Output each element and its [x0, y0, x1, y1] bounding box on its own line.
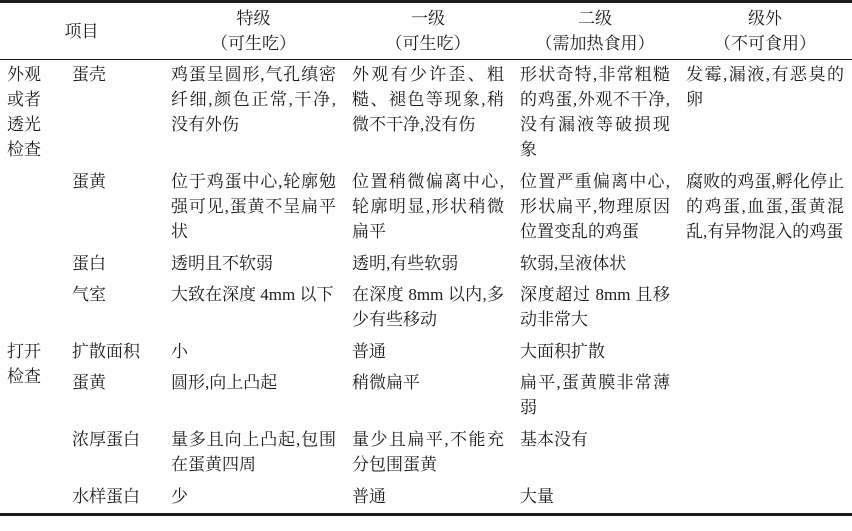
cell-air-cell-offgrade	[678, 280, 852, 337]
cell-air-cell-first: 在深度 8mm 以内,多少有些移动	[344, 280, 512, 337]
item-yolk-open: 蛋黄	[64, 368, 163, 425]
item-watery-albumen: 水样蛋白	[64, 482, 163, 515]
item-air-cell: 气室	[64, 280, 163, 337]
table-row-yolk-open: 蛋黄 圆形,向上凸起 稍微扁平 扁平,蛋黄膜非常薄弱	[0, 368, 852, 425]
item-shell: 蛋壳	[64, 60, 163, 168]
header-item-label: 项目	[65, 22, 99, 41]
cell-yolk-open-offgrade	[678, 368, 852, 425]
cell-watery-albumen-first: 普通	[344, 482, 512, 515]
section-appearance-light-inspection: 外观 或者 透光 检查	[0, 60, 64, 338]
scanned-document-page: 项目 特级 （可生吃） 一级 （可生吃） 二级 （需加热食用） 级外 （不可食用…	[0, 0, 852, 531]
table-row-watery-albumen: 水样蛋白 少 普通 大量	[0, 482, 852, 515]
cell-spread-area-second: 大面积扩散	[512, 337, 678, 368]
grade-offgrade-title: 级外	[680, 6, 850, 31]
cell-yolk-offgrade: 腐败的鸡蛋,孵化停止的鸡蛋,血蛋,蛋黄混乱,有异物混入的鸡蛋	[678, 167, 852, 249]
section-open-inspection: 打开 检查	[0, 337, 64, 515]
cell-thick-albumen-second: 基本没有	[512, 425, 678, 482]
item-albumen: 蛋白	[64, 249, 163, 280]
table-row-albumen: 蛋白 透明且不软弱 透明,有些软弱 软弱,呈液体状	[0, 249, 852, 280]
cell-air-cell-second: 深度超过 8mm 且移动非常大	[512, 280, 678, 337]
header-item: 项目	[0, 2, 163, 60]
cell-shell-first: 外观有少许歪、粗糙、褪色等现象,稍微不干净,没有伤	[344, 60, 512, 168]
grade-first-title: 一级	[346, 6, 510, 31]
header-grade-second: 二级 （需加热食用）	[512, 2, 678, 60]
cell-albumen-second: 软弱,呈液体状	[512, 249, 678, 280]
header-grade-special: 特级 （可生吃）	[163, 2, 344, 60]
cell-spread-area-first: 普通	[344, 337, 512, 368]
cell-shell-second: 形状奇特,非常粗糙的鸡蛋,外观不干净,没有漏液等破损现象	[512, 60, 678, 168]
table-row-shell: 外观 或者 透光 检查 蛋壳 鸡蛋呈圆形,气孔缜密纤细,颜色正常,干净,没有外伤…	[0, 60, 852, 168]
header-grade-first: 一级 （可生吃）	[344, 2, 512, 60]
table-body: 外观 或者 透光 检查 蛋壳 鸡蛋呈圆形,气孔缜密纤细,颜色正常,干净,没有外伤…	[0, 60, 852, 515]
cell-yolk-open-special: 圆形,向上凸起	[163, 368, 344, 425]
grade-special-title: 特级	[165, 6, 342, 31]
section-label-line: 透光	[7, 112, 62, 137]
section-label-line: 检查	[7, 137, 62, 162]
cell-yolk-open-second: 扁平,蛋黄膜非常薄弱	[512, 368, 678, 425]
section-label-line: 外观	[7, 62, 62, 87]
cell-yolk-special: 位于鸡蛋中心,轮廓勉强可见,蛋黄不呈扁平状	[163, 167, 344, 249]
grade-offgrade-subtitle: （不可食用）	[680, 31, 850, 56]
section-label-line: 打开	[7, 339, 62, 364]
cell-shell-offgrade: 发霉,漏液,有恶臭的卵	[678, 60, 852, 168]
cell-albumen-first: 透明,有些软弱	[344, 249, 512, 280]
cell-thick-albumen-offgrade	[678, 425, 852, 482]
egg-grading-table: 项目 特级 （可生吃） 一级 （可生吃） 二级 （需加热食用） 级外 （不可食用…	[0, 0, 852, 516]
table-row-thick-albumen: 浓厚蛋白 量多且向上凸起,包围在蛋黄四周 量少且扁平,不能充分包围蛋黄 基本没有	[0, 425, 852, 482]
cell-thick-albumen-first: 量少且扁平,不能充分包围蛋黄	[344, 425, 512, 482]
header-grade-offgrade: 级外 （不可食用）	[678, 2, 852, 60]
table-row-air-cell: 气室 大致在深度 4mm 以下 在深度 8mm 以内,多少有些移动 深度超过 8…	[0, 280, 852, 337]
item-thick-albumen: 浓厚蛋白	[64, 425, 163, 482]
cell-thick-albumen-special: 量多且向上凸起,包围在蛋黄四周	[163, 425, 344, 482]
cell-watery-albumen-second: 大量	[512, 482, 678, 515]
grade-special-subtitle: （可生吃）	[165, 31, 342, 56]
cell-spread-area-offgrade	[678, 337, 852, 368]
cell-albumen-offgrade	[678, 249, 852, 280]
cell-yolk-open-first: 稍微扁平	[344, 368, 512, 425]
table-row-spread-area: 打开 检查 扩散面积 小 普通 大面积扩散	[0, 337, 852, 368]
section-label-line: 检查	[7, 364, 62, 389]
cell-watery-albumen-offgrade	[678, 482, 852, 515]
table-row-yolk: 蛋黄 位于鸡蛋中心,轮廓勉强可见,蛋黄不呈扁平状 位置稍微偏离中心,轮廓明显,形…	[0, 167, 852, 249]
section-label-line: 或者	[7, 87, 62, 112]
cell-yolk-first: 位置稍微偏离中心,轮廓明显,形状稍微扁平	[344, 167, 512, 249]
cell-yolk-second: 位置严重偏离中心,形状扁平,物理原因位置变乱的鸡蛋	[512, 167, 678, 249]
cell-spread-area-special: 小	[163, 337, 344, 368]
cell-watery-albumen-special: 少	[163, 482, 344, 515]
table-header: 项目 特级 （可生吃） 一级 （可生吃） 二级 （需加热食用） 级外 （不可食用…	[0, 2, 852, 60]
grade-first-subtitle: （可生吃）	[346, 31, 510, 56]
item-spread-area: 扩散面积	[64, 337, 163, 368]
cell-shell-special: 鸡蛋呈圆形,气孔缜密纤细,颜色正常,干净,没有外伤	[163, 60, 344, 168]
grade-second-title: 二级	[514, 6, 676, 31]
grade-second-subtitle: （需加热食用）	[514, 31, 676, 56]
cell-air-cell-special: 大致在深度 4mm 以下	[163, 280, 344, 337]
item-yolk: 蛋黄	[64, 167, 163, 249]
cell-albumen-special: 透明且不软弱	[163, 249, 344, 280]
